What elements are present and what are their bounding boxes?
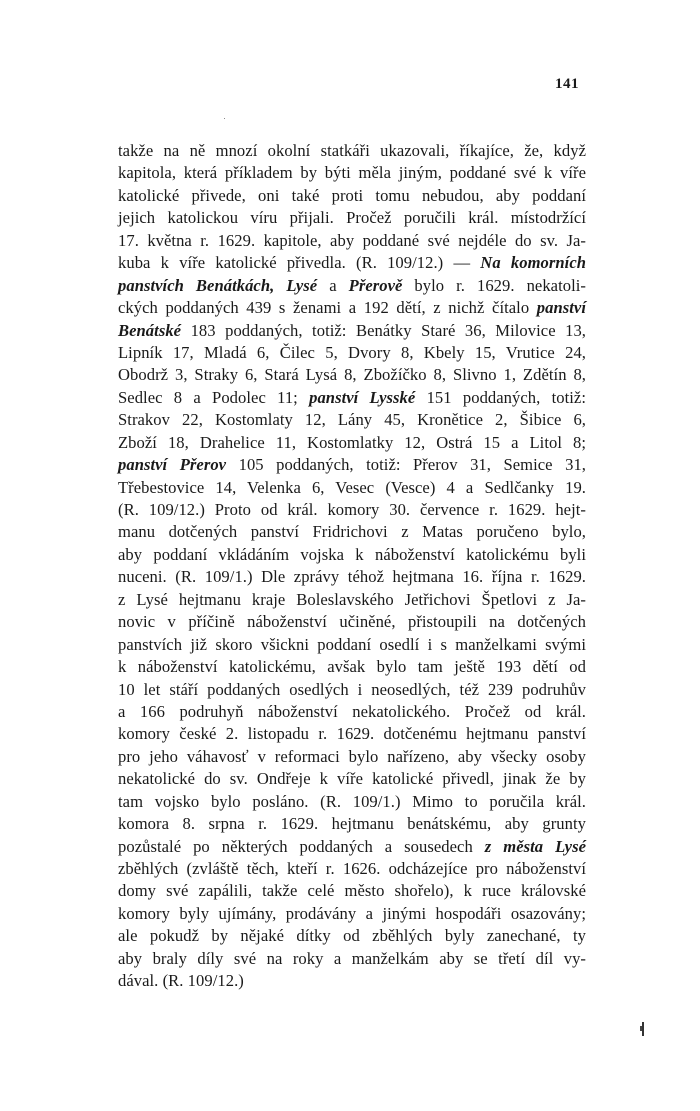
text-segment: komory české 2. listopadu r. 1629. dotče… [118, 724, 586, 743]
text-line: kuba k víře katolické přivedla. (R. 109/… [118, 252, 586, 274]
italic-text: panstvích Benátkách, [118, 276, 274, 295]
text-segment: komora 8. srpna r. 1629. hejtmanu benáts… [118, 814, 586, 833]
scan-speck [224, 118, 225, 119]
text-segment: nuceni. (R. 109/1.) Dle zprávy téhož hej… [118, 567, 586, 586]
text-segment: Strakov 22, Kostomlaty 12, Lány 45, Kron… [118, 410, 586, 429]
text-segment: nekatolické do sv. Ondřeje k víře katoli… [118, 769, 586, 788]
text-line: katolické přivede, oni také proti tomu n… [118, 185, 586, 207]
text-segment: takže na ně mnozí okolní statkáři ukazov… [118, 141, 586, 160]
text-line: novic v příčině náboženství učiněné, při… [118, 611, 586, 633]
text-line: pozůstalé po některých poddaných a souse… [118, 836, 586, 858]
text-segment: 17. května r. 1629. kapitole, aby poddan… [118, 231, 586, 250]
text-segment: domy své zapálili, takže celé město shoř… [118, 881, 586, 900]
text-line: Sedlec 8 a Podolec 11; panství Lysské 15… [118, 387, 586, 409]
text-segment: jejich katolickou víru přijali. Pročež p… [118, 208, 586, 227]
text-line: komory byly ujímány, prodávány a jinými … [118, 903, 586, 925]
italic-text: Přerově [349, 276, 403, 295]
text-line: nekatolické do sv. Ondřeje k víře katoli… [118, 768, 586, 790]
text-segment: komory byly ujímány, prodávány a jinými … [118, 904, 586, 923]
text-line: (R. 109/12.) Proto od král. komory 30. č… [118, 499, 586, 521]
text-segment: aby braly díly své na roky a manželkám a… [118, 949, 586, 968]
text-segment: kuba k víře katolické přivedla. (R. 109/… [118, 253, 480, 272]
text-segment: panstvích již skoro všickni poddaní osed… [118, 635, 586, 654]
text-segment: tam vojsko bylo posláno. (R. 109/1.) Mim… [118, 792, 586, 811]
italic-text: panství Lysské [309, 388, 415, 407]
text-segment: Třebestovice 14, Velenka 6, Vesec (Vesce… [118, 478, 586, 497]
text-line: dával. (R. 109/12.) [118, 970, 586, 992]
text-line: Benátské 183 poddaných, totiž: Benátky S… [118, 320, 586, 342]
text-segment: kapitola, která příkladem by býti měla j… [118, 163, 586, 182]
text-line: ckých poddaných 439 s ženami a 192 dětí,… [118, 297, 586, 319]
text-segment: a 166 podruhyň náboženství nekatolického… [118, 702, 586, 721]
text-segment: a [317, 276, 348, 295]
text-segment: novic v příčině náboženství učiněné, při… [118, 612, 586, 631]
text-line: domy své zapálili, takže celé město shoř… [118, 880, 586, 902]
text-segment: pro jeho váhavosť v reformaci bylo naříz… [118, 747, 586, 766]
text-line: 10 let stáří poddaných osedlých i neosed… [118, 679, 586, 701]
text-line: 17. května r. 1629. kapitole, aby poddan… [118, 230, 586, 252]
text-line: ale pokudž by nějaké dítky od zběhlých b… [118, 925, 586, 947]
text-segment: katolické přivede, oni také proti tomu n… [118, 186, 586, 205]
text-segment: aby poddaní vkládáním vojska k náboženst… [118, 545, 586, 564]
text-segment: 151 poddaných, totiž: [415, 388, 586, 407]
italic-text: panství [537, 298, 586, 317]
text-segment: Lipník 17, Mladá 6, Čilec 5, Dvory 8, Kb… [118, 343, 586, 362]
text-line: tam vojsko bylo posláno. (R. 109/1.) Mim… [118, 791, 586, 813]
text-segment: ckých poddaných 439 s ženami a 192 dětí,… [118, 298, 537, 317]
text-segment: manu dotčených panství Fridrichovi z Mat… [118, 522, 586, 541]
italic-text: Benátské [118, 321, 181, 340]
text-line: komora 8. srpna r. 1629. hejtmanu benáts… [118, 813, 586, 835]
text-line: pro jeho váhavosť v reformaci bylo naříz… [118, 746, 586, 768]
text-segment [274, 276, 286, 295]
text-line: panství Přerov 105 poddaných, totiž: Pře… [118, 454, 586, 476]
body-text: takže na ně mnozí okolní statkáři ukazov… [118, 140, 586, 993]
text-line: k náboženství katolickému, avšak bylo ta… [118, 656, 586, 678]
text-line: takže na ně mnozí okolní statkáři ukazov… [118, 140, 586, 162]
text-segment: k náboženství katolickému, avšak bylo ta… [118, 657, 586, 676]
italic-text: z města Lysé [485, 837, 586, 856]
italic-text: panství Přerov [118, 455, 226, 474]
text-line: aby braly díly své na roky a manželkám a… [118, 948, 586, 970]
text-segment: bylo r. 1629. nekatoli- [402, 276, 586, 295]
text-line: Strakov 22, Kostomlaty 12, Lány 45, Kron… [118, 409, 586, 431]
text-line: Zboží 18, Drahelice 11, Kostomlatky 12, … [118, 432, 586, 454]
text-line: Třebestovice 14, Velenka 6, Vesec (Vesce… [118, 477, 586, 499]
text-segment: z Lysé hejtmanu kraje Boleslavského Jetř… [118, 590, 586, 609]
text-segment: 10 let stáří poddaných osedlých i neosed… [118, 680, 586, 699]
italic-text: Na komorních [480, 253, 586, 272]
text-line: komory české 2. listopadu r. 1629. dotče… [118, 723, 586, 745]
text-segment: Zboží 18, Drahelice 11, Kostomlatky 12, … [118, 433, 586, 452]
text-segment: ale pokudž by nějaké dítky od zběhlých b… [118, 926, 586, 945]
text-line: Obodrž 3, Straky 6, Stará Lysá 8, Zbožíč… [118, 364, 586, 386]
text-segment: 183 poddaných, totiž: Benátky Staré 36, … [181, 321, 586, 340]
text-line: zběhlých (zvláště těch, kteří r. 1626. o… [118, 858, 586, 880]
text-segment: pozůstalé po některých poddaných a souse… [118, 837, 485, 856]
page-number: 141 [555, 76, 579, 93]
text-line: panstvích Benátkách, Lysé a Přerově bylo… [118, 275, 586, 297]
text-segment: Obodrž 3, Straky 6, Stará Lysá 8, Zbožíč… [118, 365, 586, 384]
text-line: a 166 podruhyň náboženství nekatolického… [118, 701, 586, 723]
text-line: panstvích již skoro všickni poddaní osed… [118, 634, 586, 656]
text-line: nuceni. (R. 109/1.) Dle zprávy téhož hej… [118, 566, 586, 588]
text-line: z Lysé hejtmanu kraje Boleslavského Jetř… [118, 589, 586, 611]
text-segment: 105 poddaných, totiž: Přerov 31, Semice … [226, 455, 586, 474]
text-segment: (R. 109/12.) Proto od král. komory 30. č… [118, 500, 586, 519]
text-line: manu dotčených panství Fridrichovi z Mat… [118, 521, 586, 543]
margin-mark [642, 1022, 644, 1036]
text-line: Lipník 17, Mladá 6, Čilec 5, Dvory 8, Kb… [118, 342, 586, 364]
text-segment: dával. (R. 109/12.) [118, 971, 244, 990]
text-line: kapitola, která příkladem by býti měla j… [118, 162, 586, 184]
text-segment: zběhlých (zvláště těch, kteří r. 1626. o… [118, 859, 586, 878]
italic-text: Lysé [286, 276, 317, 295]
text-line: jejich katolickou víru přijali. Pročež p… [118, 207, 586, 229]
text-segment: Sedlec 8 a Podolec 11; [118, 388, 309, 407]
text-line: aby poddaní vkládáním vojska k náboženst… [118, 544, 586, 566]
